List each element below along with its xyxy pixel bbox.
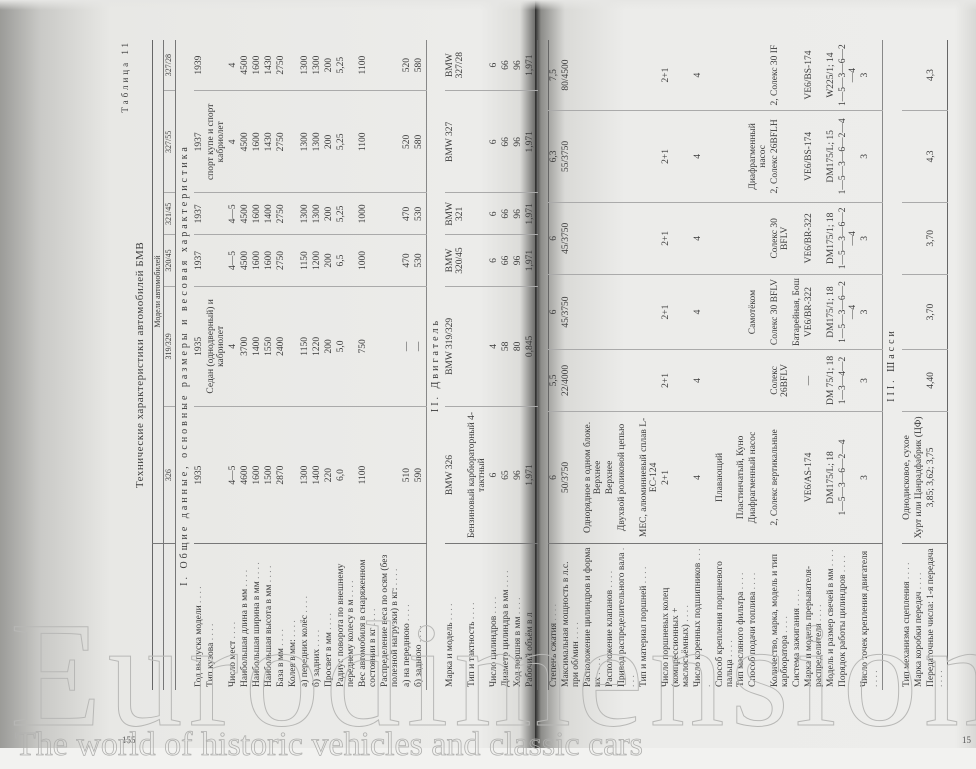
cell-value [639,111,661,202]
cell-value: 1300 [312,193,324,235]
cell-value [288,286,300,407]
cell-value: 6 [489,193,501,235]
cell-value [736,111,748,202]
cell-value [914,40,926,111]
cell-value: 5,0 [336,286,358,407]
cell-value: Верхнее [605,411,617,543]
leader-dots: . . . . [264,566,274,583]
cell-value: 1—5—3—6—2—4 [838,411,860,543]
cell-value: Однорядное в одном блоке. Верхнее [583,411,605,543]
cell-value: 1600 [264,235,276,286]
cell-value: 1150 [300,235,312,286]
cell-value: 1600 [252,235,264,286]
leader-dots: . . . . [605,571,615,588]
cell-value: 1300 [312,91,324,193]
cell-value: 2750 [276,235,288,286]
cell-value [736,350,748,412]
cell-value [617,350,639,412]
cell-value: 2870 [276,407,288,544]
cell-value: Однодисковое, сухое [902,411,914,543]
cell-value: 0,845 [525,286,537,407]
cell-value: Пластинчатый, Куно [736,411,748,543]
cell-value: 220 [324,407,336,544]
cell-value [288,407,300,544]
cell-value: 1100 [358,91,380,193]
cell-value [617,40,639,111]
cell-value: 4 [693,40,715,111]
cell-value [617,111,639,202]
cell-value [715,275,737,350]
cell-value [583,275,605,350]
cell-value: Солекс 30 BFLV [770,275,792,350]
cell-value: 22/4000 [561,350,583,412]
cell-value: 1—5—3—6—2—4 [838,202,860,275]
model-column-header: 320/45 [164,235,175,286]
book-spread: Таблица 11 Технические характеристики ав… [0,0,976,769]
cell-value: 45/3750 [561,202,583,275]
cell-value [914,350,926,412]
leader-dots: . . . . [838,555,848,572]
leader-dots: . . . . [902,563,912,580]
cell-value: 2750 [276,91,288,193]
cell-value [380,40,402,91]
cell-value: 6,5 [336,235,358,286]
cell-value: 2, Солекс 30 IF [770,40,792,111]
cell-value [605,275,617,350]
cell-value: 4600 [240,407,252,544]
cell-value: DM 75/1; 18 [826,350,838,412]
cell-value: 200 [324,286,336,407]
cell-value: 3 [860,111,882,202]
cell-value: DM175/L; 15 [826,111,838,202]
cell-value: VE6/BS-174 [804,111,826,202]
cell-value [605,40,617,111]
cell-value: 200 [324,91,336,193]
cell-value: 1,971 [525,407,537,544]
cell-value: 750 [358,286,380,407]
cell-value: 3 [860,202,882,275]
cell-value [583,350,605,412]
cell-value: 1400 [312,407,324,544]
cell-value [914,275,926,350]
model-column-header: 321/45 [164,193,175,235]
cell-value: 5,5 [549,350,561,412]
leader-dots: . . . . [736,573,746,590]
cell-value: — [804,350,826,412]
cell-value: 1430 [264,91,276,193]
cell-value [792,350,804,412]
cell-value: 1,971 [525,193,537,235]
cell-value: BMW 326 [445,407,467,544]
cell-value: МЕС, алюминиевый сплав L-EC-124 [639,411,661,543]
cell-value: 6 [489,407,501,544]
cell-value: 96 [513,407,525,544]
cell-value [467,91,489,193]
cell-value [914,202,926,275]
cell-value: 1937 [194,91,206,193]
cell-value [605,111,617,202]
cell-value [467,235,489,286]
cell-value [288,40,300,91]
cell-value: 4 [228,91,240,193]
cell-value: 520 [402,40,414,91]
cell-value: 4,3 [926,111,948,202]
cell-value: 66 [501,40,513,91]
cell-value: 1300 [300,40,312,91]
cell-value [583,40,605,111]
cell-value: 1300 [300,407,312,544]
model-column-header: 326 [164,407,175,544]
leader-dots: . . . . [501,570,511,587]
cell-value: 1600 [252,407,264,544]
cell-value: 470 [402,235,414,286]
cell-value: Бензиновый карбюраторный 4-тактный [467,407,489,544]
cell-value: 4500 [240,193,252,235]
cell-value [617,202,639,275]
cell-value: 1000 [358,235,380,286]
leader-dots: . . . . [826,549,836,566]
cell-value [715,111,737,202]
cell-value: 1—5—3—6—2—4 [838,111,860,202]
watermark-tagline: The world of historic vehicles and class… [15,728,643,762]
cell-value: 590 [414,407,426,544]
cell-value [715,202,737,275]
cell-value [617,275,639,350]
cell-value: 6,0 [336,407,358,544]
cell-value: 1939 [194,40,206,91]
cell-value: спорт купе и спорт кабриолет [206,91,228,193]
cell-value: 1937 [194,235,206,286]
cell-value [792,411,804,543]
cell-value [206,407,228,544]
cell-value: 1220 [312,286,324,407]
cell-value [380,193,402,235]
cell-value: 2750 [276,40,288,91]
cell-value [467,193,489,235]
cell-value [736,275,748,350]
leader-dots: . . . . [390,569,400,586]
cell-value [639,202,661,275]
cell-value: 200 [324,40,336,91]
cell-value [748,350,770,412]
cell-value [206,235,228,286]
cell-value: 80/4500 [561,40,583,111]
cell-value [206,193,228,235]
cell-value: 470 [402,193,414,235]
cell-value: Солекс 30 BFLV [770,202,792,275]
models-header: Модели автомобилей [153,40,164,544]
cell-value [380,235,402,286]
cell-value: 6 [489,40,501,91]
cell-value [715,350,737,412]
cell-value: 1935 [194,286,206,407]
cell-value: 1600 [252,40,264,91]
cell-value: 1150 [300,286,312,407]
cell-value: 6 [549,202,561,275]
cell-value: 1600 [252,193,264,235]
cell-value: 2+1 [661,111,693,202]
cell-value: 6,3 [549,111,561,202]
cell-value: — [414,286,426,407]
cell-value: DM175/1; 18 [826,202,838,275]
cell-value: 1937 [194,193,206,235]
cell-value: 50/3750 [561,411,583,543]
cell-value [736,202,748,275]
cell-value: BMW 327 [445,91,467,193]
cell-value [715,40,737,111]
cell-value [605,202,617,275]
cell-value: 1100 [358,40,380,91]
cell-value [902,202,914,275]
cell-value: 6 [549,275,561,350]
cell-value: Седан (однодверный) и кабриолет [206,286,228,407]
cell-value: 3700 [240,286,252,407]
cell-value [288,193,300,235]
cell-value: 2, Солекс вертикальные [770,411,792,543]
cell-value: Плавающий [715,411,737,543]
cell-value: 4,3 [926,40,948,111]
cell-value: 1000 [358,193,380,235]
cell-value: Диафрагменный насос [748,411,770,543]
cell-value: 1400 [264,193,276,235]
cell-value: 4—5 [228,235,240,286]
cell-value: VE6/BS-174 [804,40,826,111]
cell-value: 66 [501,193,513,235]
leader-dots: . . . . [252,562,262,579]
cell-value: Двухвой роликовой цепью [617,411,639,543]
cell-value: 3,85; 3,62; 3,75 [926,411,948,543]
cell-value: Батарейная, Бош [792,275,804,350]
cell-value [902,275,914,350]
cell-value: 1430 [264,40,276,91]
cell-value: 1300 [300,193,312,235]
cell-value: 1935 [194,407,206,544]
cell-value [902,350,914,412]
cell-value: 4500 [240,40,252,91]
model-column-header: 319/329 [164,286,175,407]
cell-value: 530 [414,235,426,286]
cell-value [748,40,770,111]
cell-value: 4,40 [926,350,948,412]
cell-value: BMW 327/28 [445,40,467,91]
cell-value: Самотёком [748,275,770,350]
cell-value [288,235,300,286]
cell-value: 1100 [358,407,380,544]
model-column-header: 327/55 [164,91,175,193]
cell-value: 96 [513,91,525,193]
cell-value: 4 [693,275,715,350]
cell-value: W225/1; 14 [826,40,838,111]
cell-value: 3 [860,40,882,111]
cell-value: 580 [414,91,426,193]
cell-value: 66 [501,235,513,286]
cell-value: 1500 [264,407,276,544]
cell-value: 2+1 [661,411,693,543]
leader-dots: . . . . [639,567,649,584]
cell-value [792,40,804,111]
cell-value: 4500 [240,235,252,286]
cell-value [467,40,489,91]
cell-value: 3 [860,411,882,543]
cell-value: VE6/BR-322 [804,275,826,350]
cell-value [639,350,661,412]
cell-value: 4 [693,111,715,202]
cell-value: 1—3—4—2 [838,350,860,412]
cell-value: DM175/1; 18 [826,275,838,350]
cell-value: 2+1 [661,350,693,412]
cell-value: 2, Солекс 26BFLH [770,111,792,202]
cell-value [914,111,926,202]
cell-value: 96 [513,235,525,286]
cell-value: 1,971 [525,40,537,91]
cell-value [902,40,914,111]
cell-value: 45/3750 [561,275,583,350]
cell-value: 4 [693,350,715,412]
cell-value: 1—5—3—6—2—4 [838,40,860,111]
cell-value: VE6/AS-174 [804,411,826,543]
cell-value: 530 [414,193,426,235]
cell-value: VE6/BR-322 [804,202,826,275]
cell-value [288,91,300,193]
cell-value: 4—5 [228,407,240,544]
cell-value: 96 [513,40,525,91]
cell-value [380,286,402,407]
cell-value [583,202,605,275]
cell-value [736,40,748,111]
cell-value: 55/3750 [561,111,583,202]
cell-value: DM175/L; 18 [826,411,838,543]
cell-value: BMW 320/45 [445,235,467,286]
leader-dots: . . . . [748,573,758,590]
cell-value: 1400 [252,286,264,407]
cell-value [792,202,804,275]
cell-value: 5,25 [336,40,358,91]
cell-value: 4500 [240,91,252,193]
cell-value: 1,971 [525,235,537,286]
cell-value [902,111,914,202]
model-column-header: 327/28 [164,40,175,91]
cell-value: 66 [501,91,513,193]
cell-value: 80 [513,286,525,407]
cell-value: 5,25 [336,193,358,235]
cell-value [380,407,402,544]
cell-value: 4—5 [228,193,240,235]
cell-value [639,275,661,350]
top-shadow [0,0,976,10]
cell-value: 4 [228,40,240,91]
cell-value [605,350,617,412]
cell-value [206,40,228,91]
cell-value: 520 [402,91,414,193]
cell-value: 1550 [264,286,276,407]
cell-value: BMW 321 [445,193,467,235]
cell-value: 1—5—3—6—2—4 [838,275,860,350]
cell-value: 3,70 [926,202,948,275]
cell-value: Диафрагменный насос [748,111,770,202]
cell-value: 580 [414,40,426,91]
leader-dots: . . . . [914,573,924,590]
cell-value: 6 [549,411,561,543]
cell-value: Хурт или Цанрадфабрик (ЦФ) [914,411,926,543]
cell-value: 3 [860,275,882,350]
cell-value [467,286,489,407]
cell-value: Солекс 26BFLV [770,350,792,412]
cell-value: 4 [489,286,501,407]
cell-value: 2+1 [661,202,693,275]
cell-value: 3,70 [926,275,948,350]
cell-value [380,91,402,193]
cell-value: 4 [693,411,715,543]
cell-value: 1300 [312,40,324,91]
cell-value: 6 [489,91,501,193]
cell-value: 58 [501,286,513,407]
cell-value: 2750 [276,193,288,235]
cell-value: 3 [860,350,882,412]
cell-value: 65 [501,407,513,544]
cell-value: 200 [324,235,336,286]
cell-value: 1600 [252,91,264,193]
leader-dots: . . . . [240,570,250,587]
cell-value: 510 [402,407,414,544]
cell-value: 2+1 [661,40,693,111]
cell-value: 6 [489,235,501,286]
cell-value: 1200 [312,235,324,286]
cell-value: 5,25 [336,91,358,193]
cell-value [583,111,605,202]
cell-value [792,111,804,202]
cell-value [748,202,770,275]
cell-value: 4 [693,202,715,275]
cell-value: 4 [228,286,240,407]
cell-value: — [402,286,414,407]
cell-value: 1300 [300,91,312,193]
cell-value: 2+1 [661,275,693,350]
cell-value: 96 [513,193,525,235]
cell-value: 1,971 [525,91,537,193]
cell-value [639,40,661,111]
cell-value: BMW 319/329 [445,286,467,407]
cell-value: 200 [324,193,336,235]
cell-value: 7,5 [549,40,561,111]
cell-value: 2400 [276,286,288,407]
